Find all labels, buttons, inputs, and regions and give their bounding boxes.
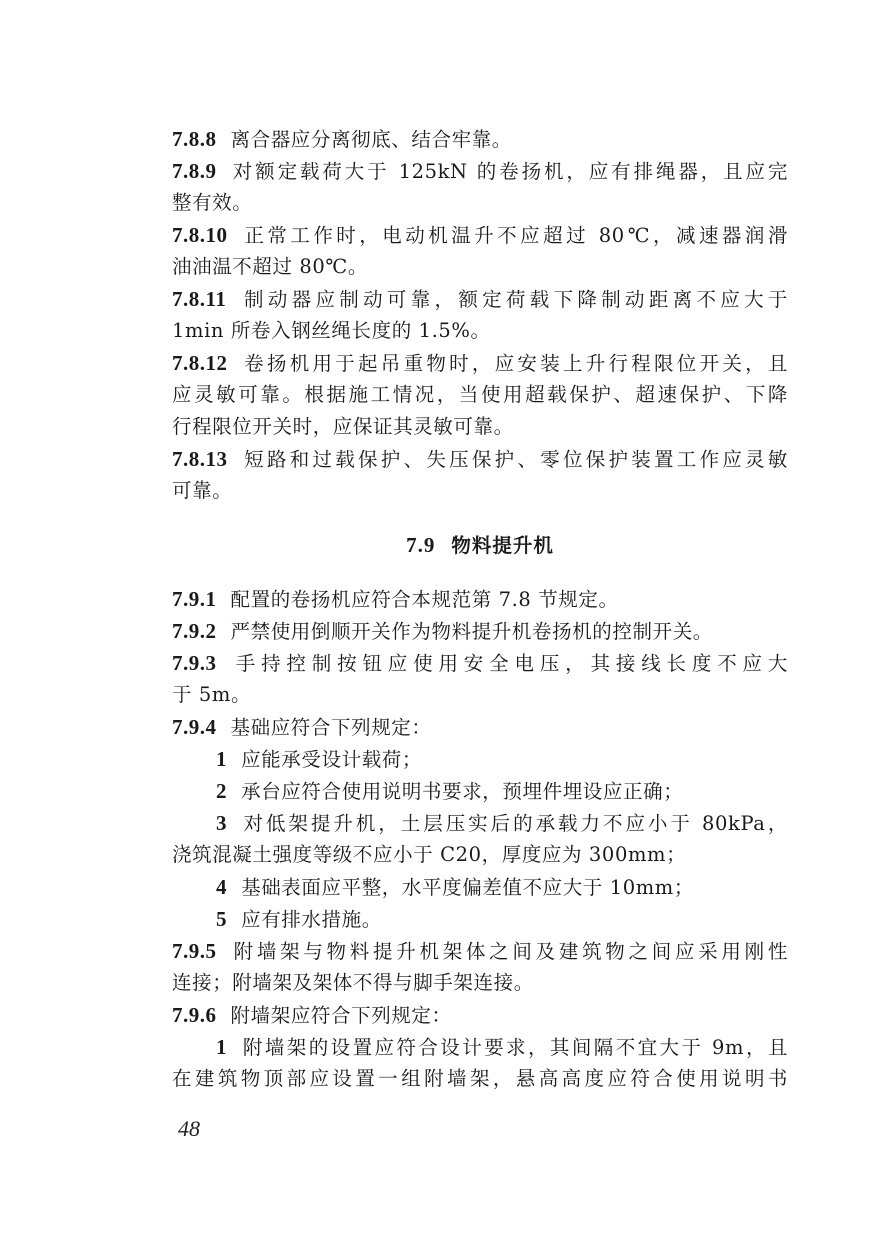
clause-7-8-10: 7.8.10正常工作时，电动机温升不应超过 80℃，减速器润滑 [172, 219, 788, 251]
clause-number: 7.8.13 [172, 447, 228, 471]
clause-number: 7.8.11 [172, 287, 226, 311]
clause-text: 基础应符合下列规定： [231, 716, 432, 739]
clause-number: 7.9.2 [172, 619, 217, 643]
clause-7-9-2: 7.9.2严禁使用倒顺开关作为物料提升机卷扬机的控制开关。 [172, 615, 788, 647]
clause-continuation: 应灵敏可靠。根据施工情况，当使用超载保护、超速保护、下降 [172, 379, 788, 411]
clause-text: 短路和过载保护、失压保护、零位保护装置工作应灵敏 [242, 448, 789, 471]
list-item: 3对低架提升机，土层压实后的承载力不应小于 80kPa， [172, 807, 788, 839]
list-item: 5应有排水措施。 [172, 903, 788, 935]
list-item: 1附墙架的设置应符合设计要求，其间隔不宜大于 9m，且 [172, 1031, 788, 1063]
item-number: 1 [216, 1035, 227, 1059]
clause-number: 7.9.3 [172, 651, 217, 675]
clause-text: 对额定载荷大于 125kN 的卷扬机，应有排绳器，且应完 [231, 160, 789, 183]
clause-7-9-6: 7.9.6附墙架应符合下列规定： [172, 999, 788, 1031]
section-heading: 7.9物料提升机 [172, 529, 788, 561]
list-item: 4基础表面应平整，水平度偏差值不应大于 10mm； [172, 871, 788, 903]
clause-continuation: 行程限位开关时，应保证其灵敏可靠。 [172, 411, 788, 443]
clause-text: 卷扬机用于起吊重物时，应安装上升行程限位开关，且 [242, 352, 789, 375]
clause-7-9-1: 7.9.1配置的卷扬机应符合本规范第 7.8 节规定。 [172, 583, 788, 615]
clause-number: 7.8.12 [172, 351, 228, 375]
clause-continuation: 油油温不超过 80℃。 [172, 251, 788, 283]
item-text: 应有排水措施。 [241, 908, 382, 931]
clause-7-8-9: 7.8.9对额定载荷大于 125kN 的卷扬机，应有排绳器，且应完 [172, 155, 788, 187]
item-continuation: 浇筑混凝土强度等级不应小于 C20，厚度应为 300mm； [172, 839, 788, 871]
clause-number: 7.8.8 [172, 127, 217, 151]
item-number: 3 [216, 811, 227, 835]
section-number: 7.9 [406, 533, 435, 557]
clause-continuation: 连接；附墙架及架体不得与脚手架连接。 [172, 967, 788, 999]
clause-text: 离合器应分离彻底、结合牢靠。 [231, 128, 512, 151]
item-number: 2 [216, 779, 227, 803]
clause-7-8-8: 7.8.8离合器应分离彻底、结合牢靠。 [172, 123, 788, 155]
item-number: 4 [216, 875, 227, 899]
clause-text: 配置的卷扬机应符合本规范第 7.8 节规定。 [231, 588, 619, 611]
clause-text: 附墙架与物料提升机架体之间及建筑物之间应采用刚性 [231, 940, 789, 963]
section-title: 物料提升机 [451, 534, 554, 557]
clause-7-9-4: 7.9.4基础应符合下列规定： [172, 711, 788, 743]
clause-number: 7.9.1 [172, 587, 217, 611]
clause-continuation: 整有效。 [172, 187, 788, 219]
item-text: 应能承受设计载荷； [241, 748, 422, 771]
item-number: 1 [216, 747, 227, 771]
clause-7-8-11: 7.8.11制动器应制动可靠，额定荷载下降制动距离不应大于 [172, 283, 788, 315]
item-continuation: 在建筑物顶部应设置一组附墙架，悬高高度应符合使用说明书 [172, 1063, 788, 1095]
item-text: 承台应符合使用说明书要求，预埋件埋设应正确； [241, 780, 683, 803]
page-number: 48 [178, 1116, 200, 1142]
item-text: 附墙架的设置应符合设计要求，其间隔不宜大于 9m，且 [241, 1036, 788, 1059]
item-number: 5 [216, 907, 227, 931]
item-text: 对低架提升机，土层压实后的承载力不应小于 80kPa， [241, 812, 788, 835]
document-page: 7.8.8离合器应分离彻底、结合牢靠。 7.8.9对额定载荷大于 125kN 的… [172, 123, 788, 1095]
clause-number: 7.8.9 [172, 159, 217, 183]
item-text: 基础表面应平整，水平度偏差值不应大于 10mm； [241, 876, 694, 899]
list-item: 2承台应符合使用说明书要求，预埋件埋设应正确； [172, 775, 788, 807]
clause-text: 附墙架应符合下列规定： [231, 1004, 452, 1027]
clause-7-9-5: 7.9.5附墙架与物料提升机架体之间及建筑物之间应采用刚性 [172, 935, 788, 967]
clause-continuation: 于 5m。 [172, 679, 788, 711]
clause-text: 严禁使用倒顺开关作为物料提升机卷扬机的控制开关。 [231, 620, 713, 643]
clause-text: 手持控制按钮应使用安全电压，其接线长度不应大 [231, 652, 789, 675]
clause-7-8-12: 7.8.12卷扬机用于起吊重物时，应安装上升行程限位开关，且 [172, 347, 788, 379]
clause-7-8-13: 7.8.13短路和过载保护、失压保护、零位保护装置工作应灵敏 [172, 443, 788, 475]
clause-number: 7.9.4 [172, 715, 217, 739]
clause-number: 7.8.10 [172, 223, 228, 247]
clause-text: 正常工作时，电动机温升不应超过 80℃，减速器润滑 [242, 224, 789, 247]
clause-text: 制动器应制动可靠，额定荷载下降制动距离不应大于 [240, 288, 788, 311]
list-item: 1应能承受设计载荷； [172, 743, 788, 775]
clause-number: 7.9.6 [172, 1003, 217, 1027]
clause-continuation: 可靠。 [172, 475, 788, 507]
clause-continuation: 1min 所卷入钢丝绳长度的 1.5%。 [172, 315, 788, 347]
clause-7-9-3: 7.9.3手持控制按钮应使用安全电压，其接线长度不应大 [172, 647, 788, 679]
clause-number: 7.9.5 [172, 939, 217, 963]
